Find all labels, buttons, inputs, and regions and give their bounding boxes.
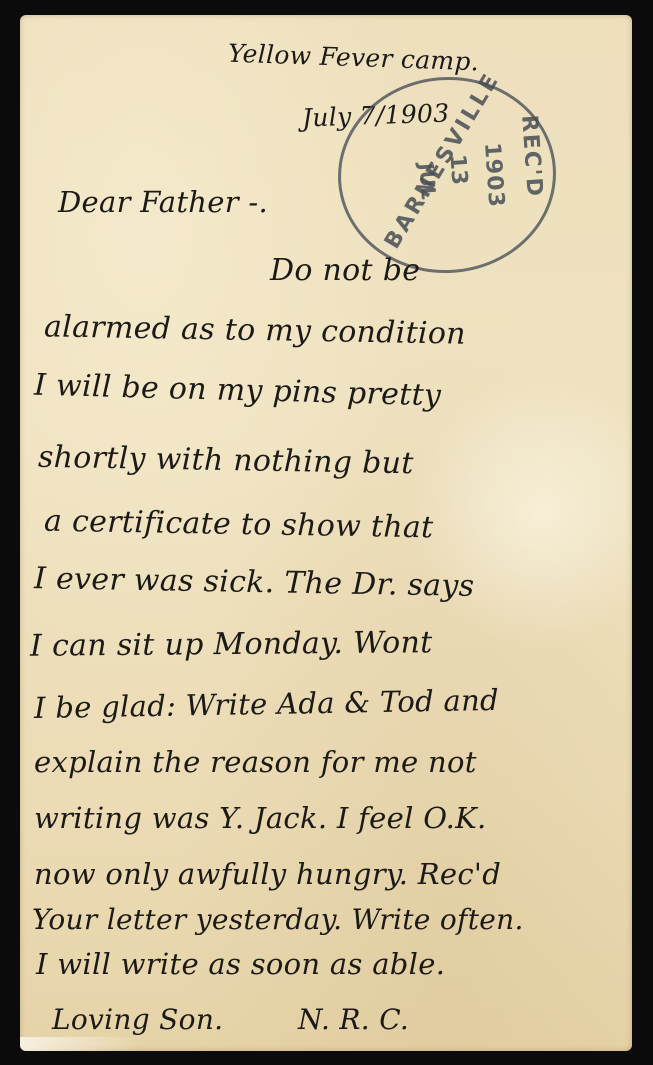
letter-salutation: Dear Father -. [58, 185, 268, 219]
letter-line: a certificate to show that [44, 504, 434, 546]
letter-line: Your letter yesterday. Write often. [32, 903, 524, 936]
letter-line: alarmed as to my condition [44, 309, 466, 351]
letter-line: explain the reason for me not [34, 745, 477, 779]
letter-line: now only awfully hungry. Rec'd [34, 857, 501, 891]
postmark-status: REC'D [516, 114, 547, 199]
letter-closing: Loving Son. [52, 1003, 223, 1036]
letter-line: I be glad: Write Ada & Tod and [34, 683, 499, 725]
postcard: Yellow Fever camp. July 7/1903 BARNESVIL… [20, 15, 632, 1051]
letter-signature: N. R. C. [298, 1003, 409, 1036]
letter-line: writing was Y. Jack. I feel O.K. [34, 801, 487, 835]
postmark-year: 1903 [479, 142, 508, 209]
letter-line: shortly with nothing but [38, 440, 414, 482]
postmark-day: 13 [444, 154, 471, 186]
letter-line: I will write as soon as able. [36, 947, 445, 981]
letter-line: Do not be [270, 253, 420, 288]
header-location: Yellow Fever camp. [228, 39, 480, 77]
letter-line: I can sit up Monday. Wont [30, 625, 433, 664]
letter-line: I ever was sick. The Dr. says [34, 561, 475, 604]
postmark-month: JUL [414, 162, 440, 200]
letter-line: I will be on my pins pretty [34, 368, 442, 414]
